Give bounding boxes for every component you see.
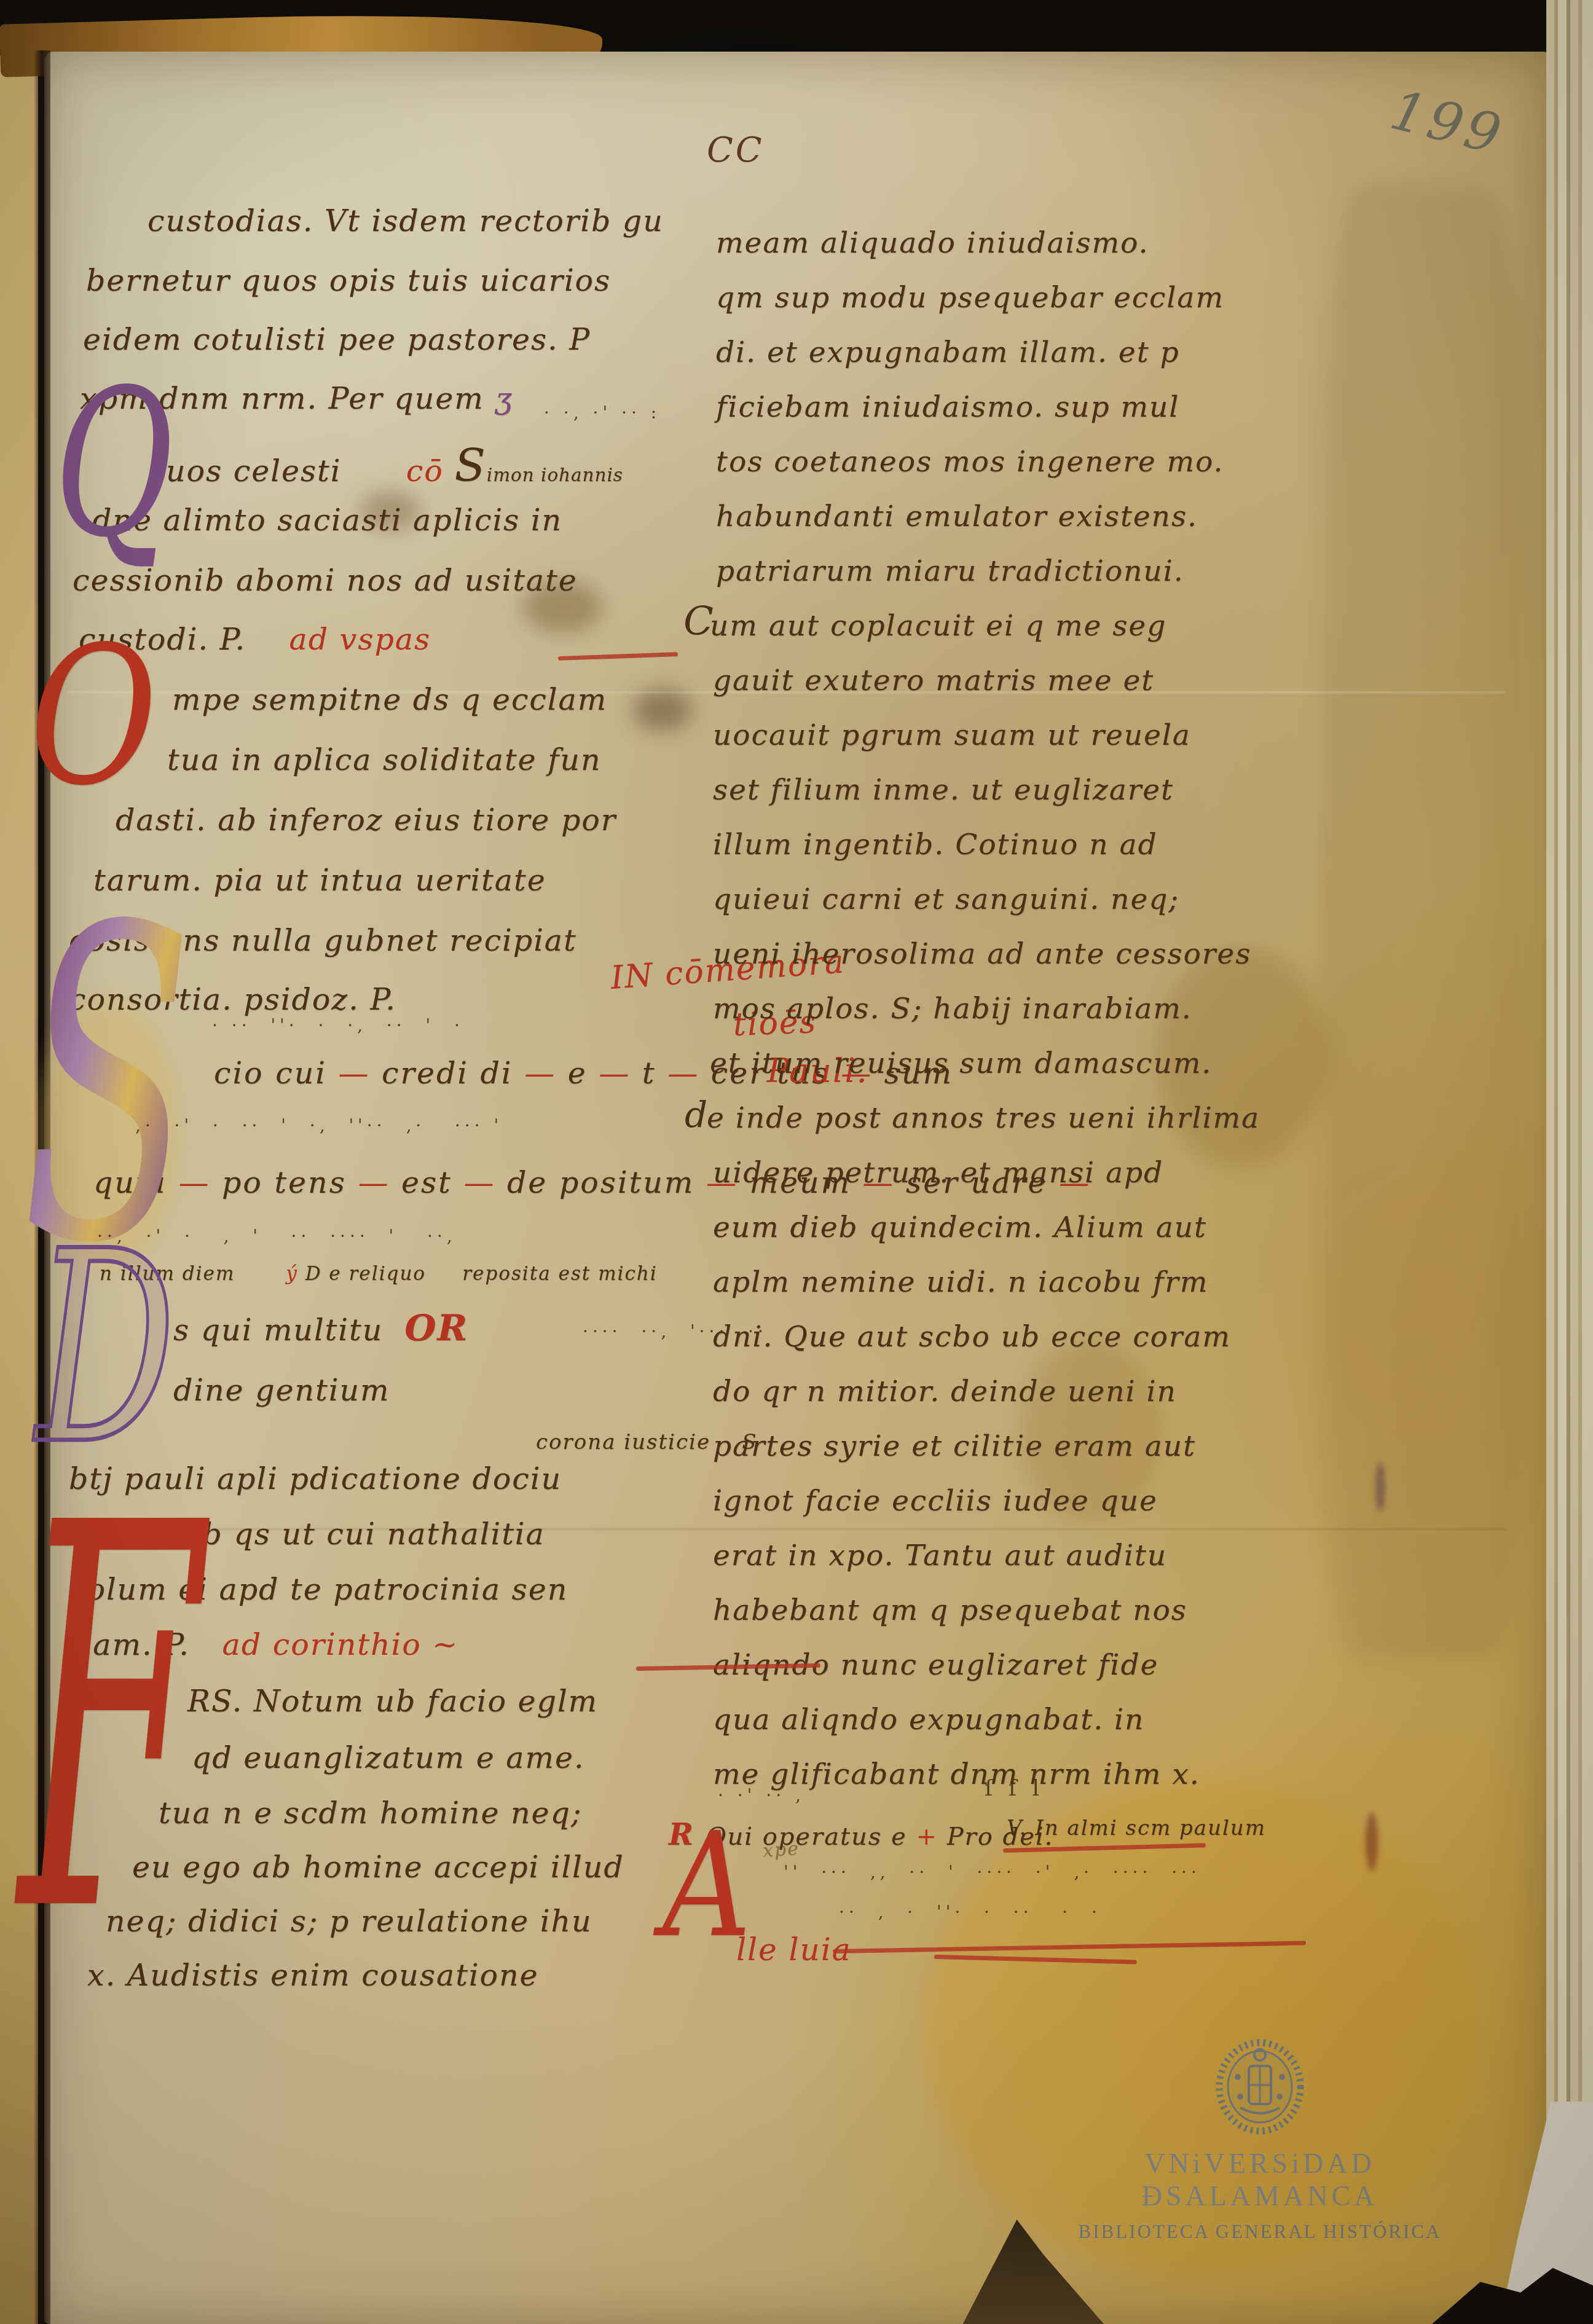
right-column-text-line: dni. Que aut scbo ub ecce coram: [713, 1322, 1231, 1351]
ink-text: uocauit pgrum suam ut reuela: [713, 718, 1191, 752]
ink-text: eu ego ab homine accepi illud: [132, 1850, 624, 1885]
ink-text: bernetur quos opis tuis uicarios: [86, 263, 611, 298]
right-column-text-line: ueni iherosolima ad ante cessores: [713, 940, 1251, 968]
library-watermark: VNiVERSiDAD ÐSALAMANCA BIBLIOTECA GENERA…: [1069, 2034, 1450, 2243]
manuscript-photo: CC 199 custodias. Vt isdem rectorib gube…: [0, 0, 1593, 2324]
rubric-text: ý: [286, 1263, 305, 1285]
left-column-text-line: tua n e scdm homine neq;: [159, 1798, 583, 1828]
right-column-text-line: meam aliquado iniudaismo.: [716, 229, 1149, 257]
ink-text: illum ingentib. Cotinuo n ad: [713, 828, 1158, 862]
ink-text: imon iohannis: [487, 465, 623, 485]
right-column-text-line: set filium inme. ut euglizaret: [713, 775, 1174, 804]
ink-text: e inde post annos tres ueni ihrlima: [707, 1101, 1260, 1135]
ink-text: de positum: [495, 1165, 706, 1200]
right-column-text-line: tos coetaneos mos ingenere mo.: [716, 447, 1224, 476]
ink-text: credi di: [370, 1056, 524, 1091]
left-column-text-line: qd euanglizatum e ame.: [192, 1743, 585, 1773]
neume-notation-row: · ·' ·· ‚: [718, 1785, 805, 1805]
ink-text: mos aplos. S; habij inarabiam.: [713, 992, 1192, 1026]
ink-text: et itum reuisus sum damascum.: [710, 1046, 1212, 1080]
marginal-letter-C: C: [683, 602, 714, 642]
left-column-text-line: mpe sempitne ds q ecclam: [172, 685, 607, 715]
right-column-text-line: patriarum miaru tradictionui.: [716, 557, 1184, 586]
ink-text: mpe sempitne ds q ecclam: [172, 682, 607, 717]
neume-notation-row: · ·· ''· · ·‚ ·· ' ·: [212, 1015, 464, 1035]
ink-text: do qr n mitior. deinde ueni in: [713, 1375, 1177, 1408]
ink-text: ignot facie eccliis iudee que: [713, 1484, 1158, 1518]
illuminated-initial-F-fratres: F: [18, 1456, 202, 1985]
ink-text: uidere petrum. et mansi apd: [713, 1156, 1163, 1190]
ink-text: dni. Que aut scbo ub ecce coram: [713, 1320, 1231, 1354]
neume-notation-row: ‚· ·' · ·· ' ·‚ ''·· ‚· ··· ': [135, 1115, 503, 1136]
ink-text: s qui multitu: [173, 1313, 404, 1348]
neume-notation-row: · ·‚ ·' ·· :: [544, 402, 661, 423]
ink-text: ficiebam iniudaismo. sup mul: [716, 390, 1179, 424]
left-column-text-line: bernetur quos opis tuis uicarios: [86, 265, 611, 296]
ink-text: patriarum miaru tradictionui.: [716, 554, 1184, 588]
right-column-text-line: illum ingentib. Cotinuo n ad: [713, 830, 1158, 859]
right-column-text-line: ficiebam iniudaismo. sup mul: [716, 393, 1179, 422]
rubric-text: —: [338, 1056, 370, 1091]
page-edge-strips: [1546, 0, 1593, 2324]
ink-text: S: [454, 440, 486, 492]
stamp-university-name: VNiVERSiDAD: [1069, 2147, 1450, 2180]
ink-text: qd euanglizatum e ame.: [192, 1740, 585, 1775]
right-column-text-line: uidere petrum. et mansi apd: [713, 1158, 1163, 1187]
stamp-library-name: BIBLIOTECA GENERAL HISTÓRICA: [1069, 2221, 1450, 2243]
right-column-text-line: eum dieb quindecim. Alium aut: [713, 1213, 1207, 1242]
neume-notation-row: '' ··· ‚‚ ·· ' ···· ·' ‚· ···· ···: [784, 1862, 1201, 1882]
right-column-text-line: gauit exutero matris mee et: [713, 666, 1154, 695]
red-margin-blot: [1366, 1813, 1378, 1871]
ink-text: aplm nemine uidi. n iacobu frm: [713, 1265, 1208, 1299]
right-column-text-line: do qr n mitior. deinde ueni in: [713, 1377, 1177, 1406]
left-column-text-line: eu ego ab homine accepi illud: [132, 1852, 624, 1882]
ink-text: e: [556, 1056, 599, 1091]
ink-text: uos celesti: [166, 453, 406, 489]
marginal-letter-d: d: [685, 1097, 707, 1133]
ink-text: qua aliqndo expugnabat. in: [713, 1703, 1144, 1737]
rubric-text: —: [667, 1056, 699, 1091]
left-column-text-line: RS. Notum ub facio eglm: [187, 1686, 598, 1716]
ink-text: tua in aplica soliditate fun: [167, 742, 601, 777]
right-column-text-line: habebant qm q psequebat nos: [713, 1596, 1187, 1625]
neume-notation-row: ···· ··‚ '··· ··: [583, 1321, 768, 1341]
right-column-text-line: habundanti emulator existens.: [716, 502, 1198, 531]
left-column-text-line: custodias. Vt isdem rectorib gu: [147, 206, 664, 236]
page-heading-roman-numeral: CC: [707, 130, 765, 170]
rubric-text: —: [358, 1165, 390, 1200]
right-column-text-line: me glificabant dnm nrm ihm x.: [713, 1760, 1200, 1789]
illuminated-initial-A-alleluia: A: [663, 1813, 751, 1958]
left-column-text-line: uos celesti cō Simon iohannis: [166, 444, 623, 489]
right-column-text-line: erat in xpo. Tantu aut auditu: [713, 1541, 1167, 1570]
right-column-text-line: V. In almi scm paulum: [1007, 1818, 1266, 1839]
rubric-text: —: [599, 1056, 631, 1091]
ink-text: qm sup modu psequebar ecclam: [716, 281, 1224, 315]
ink-text: t: [631, 1056, 667, 1091]
right-column-text-line: uocauit pgrum suam ut reuela: [713, 721, 1191, 750]
rubric-text: ad corinthio ~: [222, 1627, 459, 1662]
ink-text: tos coetaneos mos ingenere mo.: [716, 445, 1224, 479]
right-column-text-line: e inde post annos tres ueni ihrlima: [707, 1104, 1260, 1133]
edge-darkening: [1321, 184, 1524, 1659]
right-column-text-line: mos aplos. S; habij inarabiam.: [713, 994, 1192, 1023]
left-column-text-line: s qui multitu OR: [173, 1310, 468, 1346]
right-column-text-line: et itum reuisus sum damascum.: [710, 1049, 1212, 1078]
right-column-text-line: di. et expugnabam illam. et p: [716, 338, 1180, 367]
rubric-text: OR: [404, 1306, 468, 1349]
ink-text: V. In almi scm paulum: [1007, 1816, 1266, 1840]
right-column-text-line: aplm nemine uidi. n iacobu frm: [713, 1268, 1208, 1297]
ink-text: D e reliquo reposita est michi: [305, 1263, 658, 1285]
ink-text: po tens: [210, 1165, 358, 1200]
right-column-text-line: qm sup modu psequebar ecclam: [716, 283, 1224, 312]
rubric-text: cō: [406, 453, 455, 489]
left-column-text-line: dine gentium: [173, 1375, 390, 1405]
ink-text: erat in xpo. Tantu aut auditu: [713, 1539, 1167, 1572]
right-column-text-line: ignot facie eccliis iudee que: [713, 1486, 1158, 1515]
ink-text: di. et expugnabam illam. et p: [716, 336, 1180, 369]
right-column-text-line: quieui carni et sanguini. neq;: [713, 885, 1179, 914]
ink-text: gauit exutero matris mee et: [713, 664, 1154, 697]
university-seal-icon: [1208, 2034, 1312, 2140]
ink-text: dasti. ab inferoz eius tiore por: [116, 803, 616, 838]
rubric-text: +: [916, 1823, 946, 1851]
rubric-text: —: [463, 1165, 495, 1200]
ink-text: habebant qm q psequebat nos: [713, 1593, 1187, 1627]
ink-text: habundanti emulator existens.: [716, 500, 1198, 533]
ink-text: um aut coplacuit ei q me seg: [710, 609, 1166, 643]
ink-text: quieui carni et sanguini. neq;: [713, 882, 1179, 916]
ink-text: cio cui: [214, 1056, 338, 1091]
ink-text: partes syrie et cilitie eram aut: [713, 1429, 1196, 1463]
left-column-text-line: dasti. ab inferoz eius tiore por: [116, 805, 616, 835]
ink-text: dine gentium: [173, 1373, 390, 1408]
neume-notation-row: ·· ‚ · ''· · ·· · ·: [839, 1902, 1101, 1922]
ink-text: ueni iherosolima ad ante cessores: [713, 937, 1251, 971]
ink-text: RS. Notum ub facio eglm: [187, 1684, 598, 1719]
illuminated-initial-Q-quos: Q: [54, 363, 174, 565]
ink-text: est: [390, 1165, 463, 1200]
rubric-text: ad vspas: [289, 622, 431, 657]
neume-notation-row: ··‚ ·' · ‚ ' ·· ···· ' ··‚: [97, 1226, 457, 1246]
illuminated-initial-O-omnipotens: O: [29, 622, 157, 812]
right-column-text-line: um aut coplacuit ei q me seg: [710, 611, 1166, 640]
purple-margin-blot: [1375, 1462, 1385, 1512]
ink-text: custodias. Vt isdem rectorib gu: [147, 203, 664, 238]
right-column-text-line: partes syrie et cilitie eram aut: [713, 1432, 1196, 1461]
ink-text: meam aliquado iniudaismo.: [716, 226, 1149, 260]
rubric-text: —: [524, 1056, 556, 1091]
neume-notation-row: ſ ſ l: [985, 1776, 1044, 1801]
left-column-text-line: tua in aplica soliditate fun: [167, 745, 601, 775]
stamp-university-name-2: ÐSALAMANCA: [1069, 2180, 1450, 2212]
ink-text: set filium inme. ut euglizaret: [713, 773, 1174, 807]
right-column-text-line: xpe: [762, 1840, 800, 1861]
ink-text: tua n e scdm homine neq;: [159, 1796, 583, 1831]
stain: [633, 688, 691, 731]
right-column-text-line: qua aliqndo expugnabat. in: [713, 1705, 1144, 1734]
ink-text: eum dieb quindecim. Alium aut: [713, 1211, 1207, 1244]
ink-text: ʒ: [495, 381, 513, 416]
ink-text: xpe: [762, 1838, 800, 1862]
